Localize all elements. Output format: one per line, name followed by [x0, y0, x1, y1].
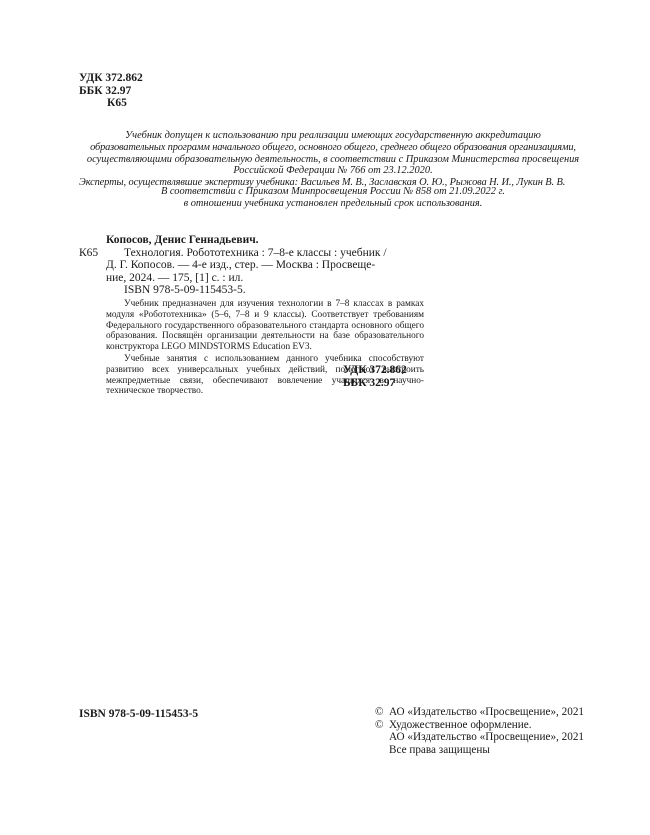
- udk-code: УДК 372.862: [79, 72, 143, 85]
- decree-line: в отношении учебника установлен предельн…: [79, 198, 587, 210]
- description-line: Технология. Робототехника : 7–8-е классы…: [106, 247, 424, 260]
- rights-reserved: Все права защищены: [375, 744, 584, 757]
- bbk-code: ББК 32.97: [79, 85, 143, 98]
- decree-line: В соответствии с Приказом Минпросвещения…: [79, 186, 587, 198]
- udk-code: УДК 372.862: [343, 364, 407, 377]
- record-isbn: ISBN 978-5-09-115453-5.: [79, 284, 424, 297]
- decree-note: В соответствии с Приказом Минпросвещения…: [79, 186, 587, 210]
- approval-line: Российской Федерации № 766 от 23.12.2020…: [79, 165, 587, 177]
- description-line: ние, 2024. — 175, [1] с. : ил.: [79, 272, 424, 285]
- author-sign: К65: [79, 97, 143, 110]
- copyright-icon: ©: [375, 719, 389, 732]
- approval-line: образовательных программ начального обще…: [79, 142, 587, 154]
- record-code: К65: [79, 247, 106, 260]
- classification-block-top: УДК 372.862 ББК 32.97 К65: [79, 72, 143, 110]
- approval-line: Учебник допущен к использованию при реал…: [79, 130, 587, 142]
- copyright-holder: АО «Издательство «Просвещение», 2021: [389, 706, 584, 719]
- design-credit: Художественное оформление.: [389, 719, 532, 732]
- classification-block-bottom: УДК 372.862 ББК 32.97: [343, 364, 407, 389]
- bbk-code: ББК 32.97: [343, 377, 407, 390]
- approval-note: Учебник допущен к использованию при реал…: [79, 130, 587, 189]
- bibliographic-record: Копосов, Денис Геннадьевич. К65 Технолог…: [79, 234, 424, 297]
- design-copyright-holder: АО «Издательство «Просвещение», 2021: [375, 731, 584, 744]
- author-heading: Копосов, Денис Геннадьевич.: [79, 234, 424, 247]
- copyright-icon: ©: [375, 706, 389, 719]
- description-line: Д. Г. Копосов. — 4-е изд., стер. — Москв…: [79, 259, 424, 272]
- copyright-block: © АО «Издательство «Просвещение», 2021 ©…: [375, 706, 584, 756]
- abstract-paragraph: Учебник предназначен для изучения технол…: [106, 299, 424, 353]
- approval-line: осуществляющими образовательную деятельн…: [79, 154, 587, 166]
- footer-isbn: ISBN 978-5-09-115453-5: [79, 708, 198, 720]
